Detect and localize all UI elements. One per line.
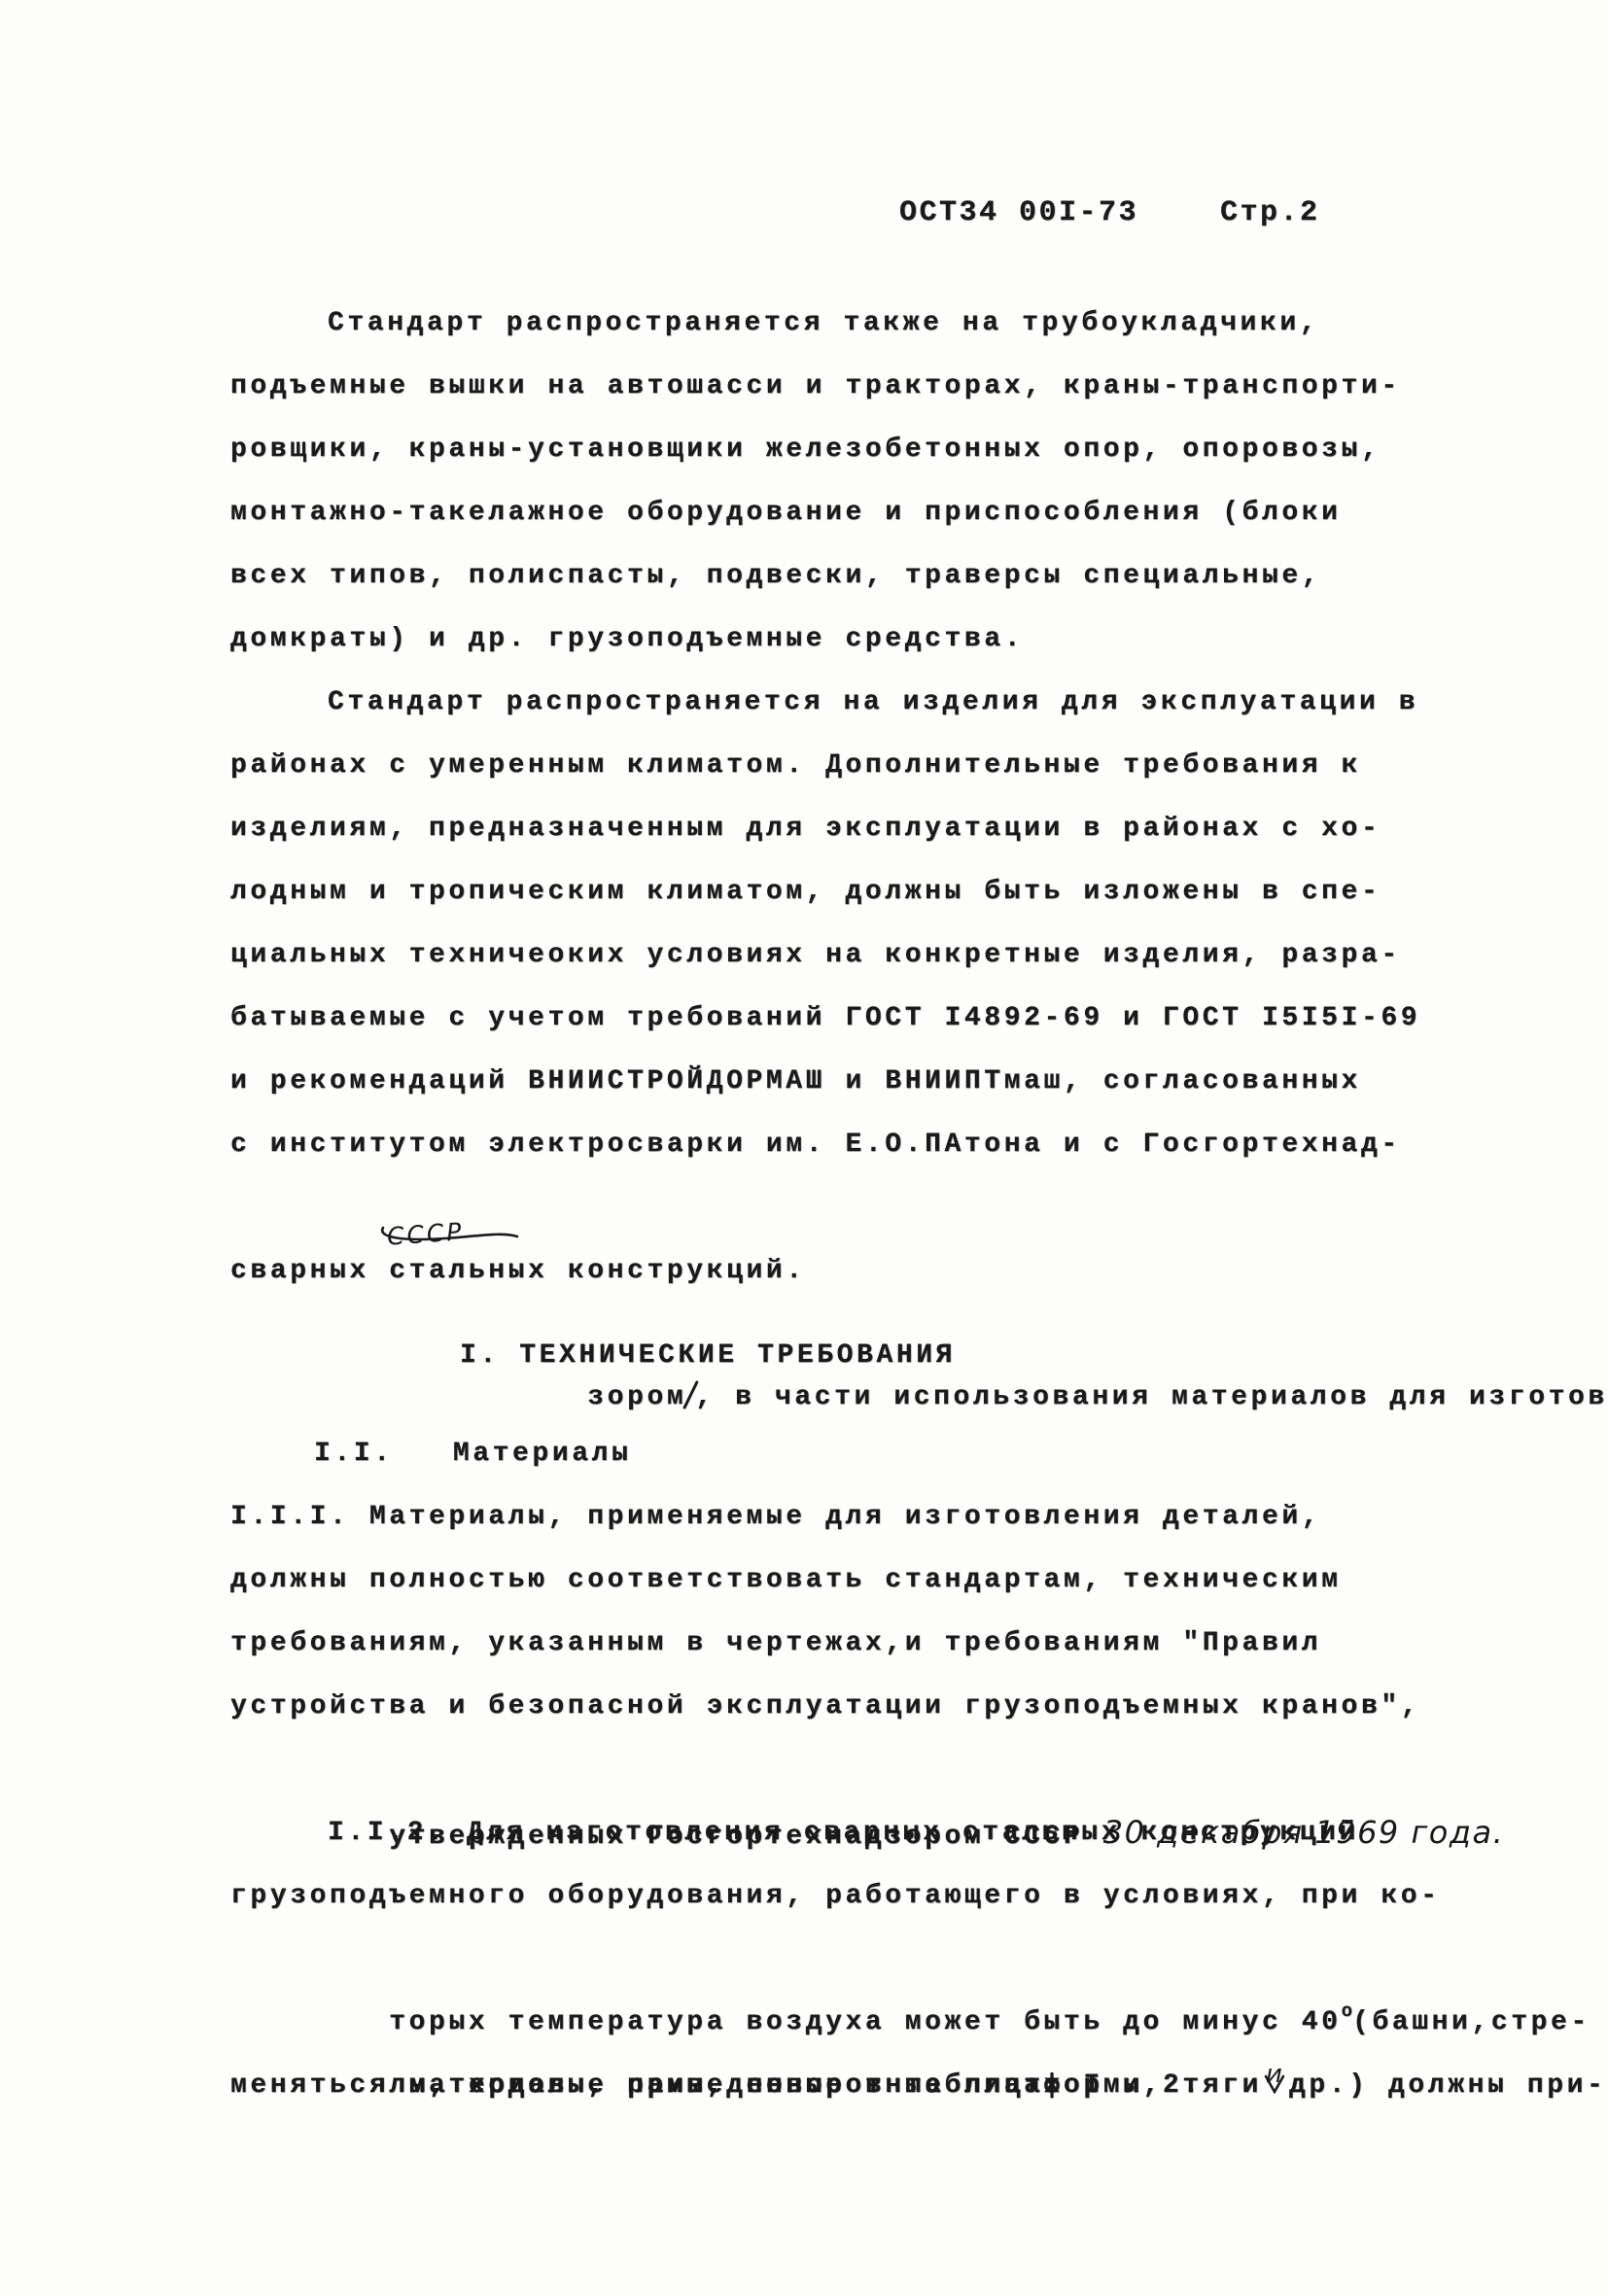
paragraph-1-1-2: I.I.2. Для изготовления сварных стальных…: [230, 1801, 1494, 2117]
text-line: с институтом электросварки им. Е.О.ПАтон…: [230, 1113, 1494, 1176]
word-zorom: зором: [587, 1382, 686, 1412]
text-line: изделиям, предназначенным для эксплуатац…: [230, 797, 1494, 860]
paragraph-1-1-1: I.I.I. Материалы, применяемые для изгото…: [230, 1485, 1494, 1801]
text-line: домкраты) и др. грузоподъемные средства.: [230, 608, 1494, 671]
text-line-with-handwritten-date: утвержденных Госгортехнадзором СССР 30 д…: [230, 1738, 1494, 1801]
text-line: I.I.2. Для изготовления сварных стальных…: [230, 1801, 1494, 1864]
document-number: ОСТ34 00I-73: [899, 196, 1138, 229]
line-remainder: др.) должны при-: [1289, 2070, 1606, 2101]
caret-mark-icon: [1263, 2074, 1286, 2094]
text-line: циальных техничеоких условиях на конкрет…: [230, 923, 1494, 987]
text-line: Стандарт распространяется на изделия для…: [230, 671, 1494, 734]
text-line-with-handwritten-cccp: СССР зором, в части использования матери…: [230, 1176, 1494, 1239]
text-line: районах с умеренным климатом. Дополнител…: [230, 734, 1494, 797]
text-line: и рекомендаций ВНИИСТРОЙДОРМАШ и ВНИИПТм…: [230, 1050, 1494, 1113]
text-line: грузоподъемного оборудования, работающег…: [230, 1864, 1494, 1928]
text-line: лодным и тропическим климатом, должны бы…: [230, 860, 1494, 923]
text-line: I.I.I. Материалы, применяемые для изгото…: [230, 1485, 1494, 1548]
document-body: Стандарт распространяется также на трубо…: [230, 292, 1494, 2117]
paragraph-scope-1: Стандарт распространяется также на трубо…: [230, 292, 1494, 671]
line-typed-part: торых температура воздуха может быть до …: [389, 2007, 1341, 2037]
page-number: Стр.2: [1220, 196, 1320, 229]
degree-superscript: о: [1342, 2000, 1352, 2022]
text-line: должны полностью соответствовать стандар…: [230, 1548, 1494, 1612]
paragraph-scope-2: Стандарт распространяется на изделия для…: [230, 671, 1494, 1303]
scanned-document-page: ОСТ34 00I-73 Стр.2 Стандарт распространя…: [0, 0, 1608, 2296]
text-line: батываемые с учетом требований ГОСТ I489…: [230, 987, 1494, 1050]
text-line: устройства и безопасной эксплуатации гру…: [230, 1675, 1494, 1738]
text-line: монтажно-такелажное оборудование и присп…: [230, 481, 1494, 544]
line-remainder: (башни,стре-: [1352, 2007, 1591, 2037]
text-line: всех типов, полиспасты, подвески, травер…: [230, 544, 1494, 608]
text-line: подъемные вышки на автошасси и тракторах…: [230, 355, 1494, 418]
text-line: требованиям, указанным в чертежах,и треб…: [230, 1612, 1494, 1675]
text-line-with-degree: торых температура воздуха может быть до …: [230, 1928, 1494, 1991]
handwritten-underline-swash: [375, 1224, 521, 1245]
page-header: ОСТ34 00I-73 Стр.2: [0, 196, 1608, 235]
text-line: Стандарт распространяется также на трубо…: [230, 292, 1494, 355]
text-line: ровщики, краны-установщики железобетонны…: [230, 418, 1494, 481]
annotated-word: СССР зором: [389, 1239, 695, 1429]
subsection-heading: I.I. Материалы: [314, 1422, 1494, 1485]
